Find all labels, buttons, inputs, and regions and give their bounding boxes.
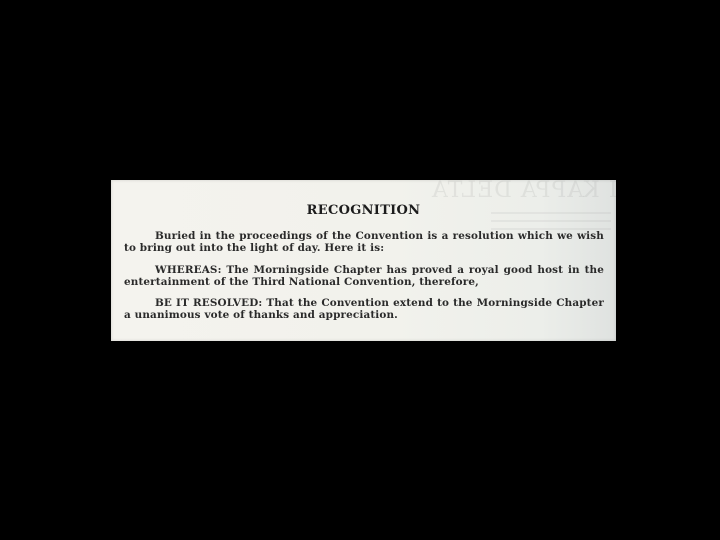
paragraph-intro: Buried in the proceedings of the Convent…: [124, 230, 604, 254]
document-clipping: THE PORTALS OF PI KAPPA DELTA RECOGNITIO…: [111, 180, 616, 341]
document-title: RECOGNITION: [111, 203, 616, 218]
screen: THE PORTALS OF PI KAPPA DELTA RECOGNITIO…: [0, 0, 720, 540]
show-through-text: THE PORTALS OF PI KAPPA DELTA: [431, 180, 616, 203]
paragraph-resolved: BE IT RESOLVED: That the Convention exte…: [124, 297, 604, 321]
paragraph-whereas: WHEREAS: The Morningside Chapter has pro…: [124, 264, 604, 288]
